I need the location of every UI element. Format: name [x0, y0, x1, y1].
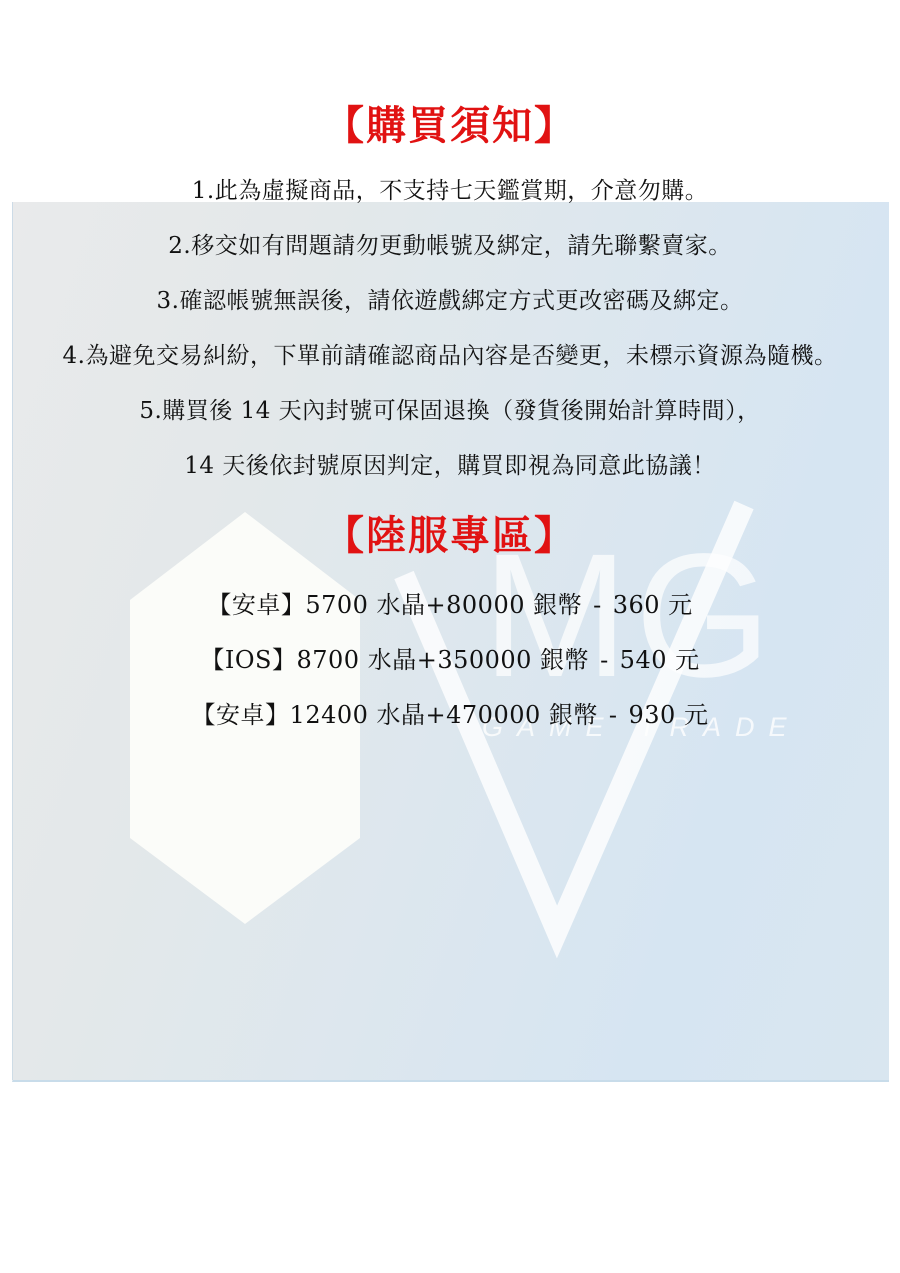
platform-label: 【安卓】 — [192, 695, 290, 730]
price-separator: - — [609, 701, 618, 729]
bundle-contents: 5700 水晶+80000 銀幣 — [305, 585, 582, 620]
price-row: 【安卓】5700 水晶+80000 銀幣-360 元 — [0, 585, 900, 620]
bundle-contents: 8700 水晶+350000 銀幣 — [297, 640, 590, 675]
price-value: 930 元 — [629, 695, 709, 730]
notice-item: 1.此為虛擬商品，不支持七天鑑賞期，介意勿購。 — [0, 172, 900, 205]
notice-item: 4.為避免交易糾紛，下單前請確認商品內容是否變更，未標示資源為隨機。 — [0, 337, 900, 370]
platform-label: 【IOS】 — [200, 640, 296, 675]
price-separator: - — [600, 646, 609, 674]
price-value: 540 元 — [620, 640, 700, 675]
notice-item: 5.購買後 14 天內封號可保固退換（發貨後開始計算時間）， — [0, 392, 900, 425]
notice-item: 14 天後依封號原因判定，購買即視為同意此協議！ — [0, 447, 900, 480]
content-layer: 【購買須知】 1.此為虛擬商品，不支持七天鑑賞期，介意勿購。 2.移交如有問題請… — [0, 0, 900, 1273]
price-value: 360 元 — [613, 585, 693, 620]
notice-item: 2.移交如有問題請勿更動帳號及綁定，請先聯繫賣家。 — [0, 227, 900, 260]
purchase-notice-title: 【購買須知】 — [0, 94, 900, 151]
notice-item: 3.確認帳號無誤後，請依遊戲綁定方式更改密碼及綁定。 — [0, 282, 900, 315]
price-row: 【安卓】12400 水晶+470000 銀幣-930 元 — [0, 695, 900, 730]
price-separator: - — [593, 591, 602, 619]
mainland-section-title: 【陸服專區】 — [0, 504, 900, 561]
listing-notice-image: MG GAME TRADE 【購買須知】 1.此為虛擬商品，不支持七天鑑賞期，介… — [0, 0, 900, 1273]
price-row: 【IOS】8700 水晶+350000 銀幣-540 元 — [0, 640, 900, 675]
platform-label: 【安卓】 — [207, 585, 305, 620]
bundle-contents: 12400 水晶+470000 銀幣 — [290, 695, 598, 730]
